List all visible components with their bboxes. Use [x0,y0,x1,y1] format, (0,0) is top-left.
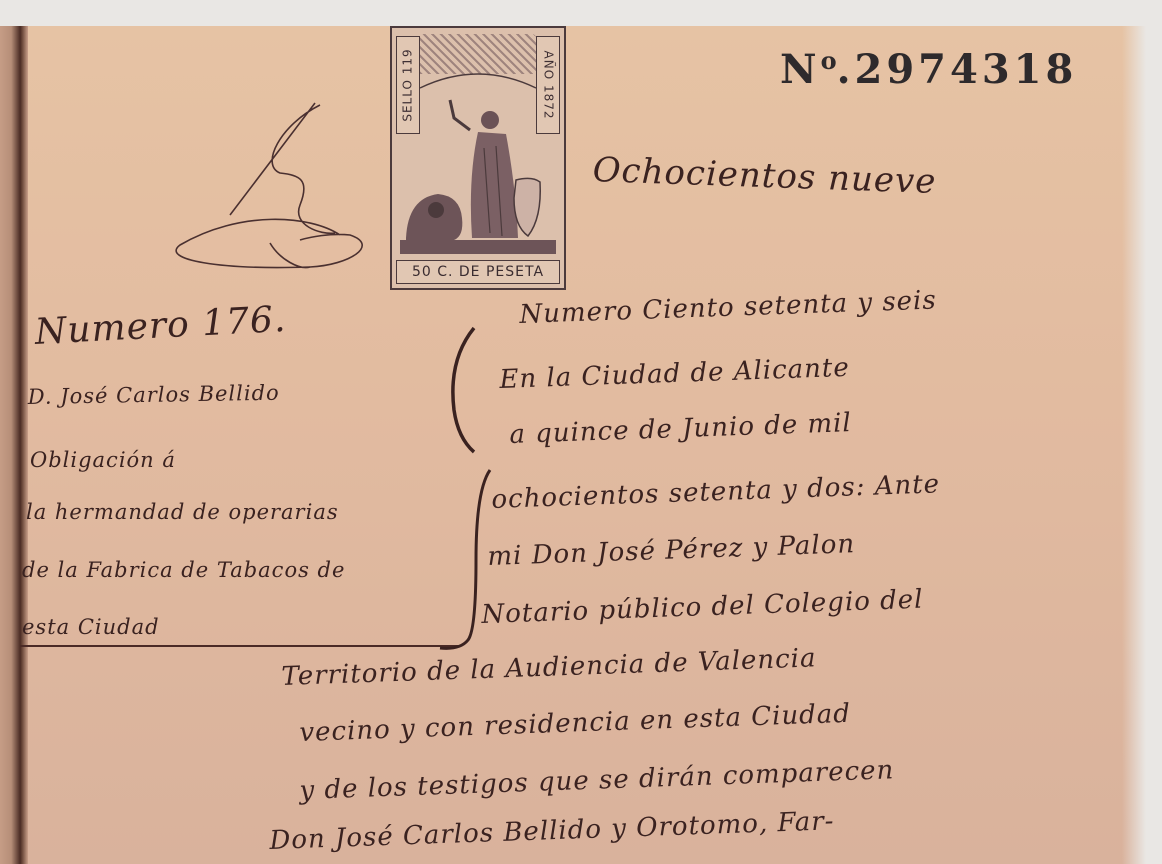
stamp-value: 50 C. DE PESETA [396,260,560,284]
margin-underline [20,645,460,647]
margin-line-5: esta Ciudad [22,615,160,639]
tax-stamp: SELLO 119 AÑO 1872 50 C. DE PESETA [390,26,566,290]
margin-line-1: D. José Carlos Bellido [28,381,280,409]
margin-line-4: de la Fabrica de Tabacos de [22,558,345,582]
margin-line-3: la hermandad de operarias [26,500,339,524]
page-edge [1122,0,1162,864]
serial-number: No.2974318 [780,46,1077,93]
rubric-signature [160,95,380,275]
book-spine [0,26,28,864]
margin-line-2: Obligación á [30,448,176,472]
allegorical-figure-icon [398,68,558,258]
